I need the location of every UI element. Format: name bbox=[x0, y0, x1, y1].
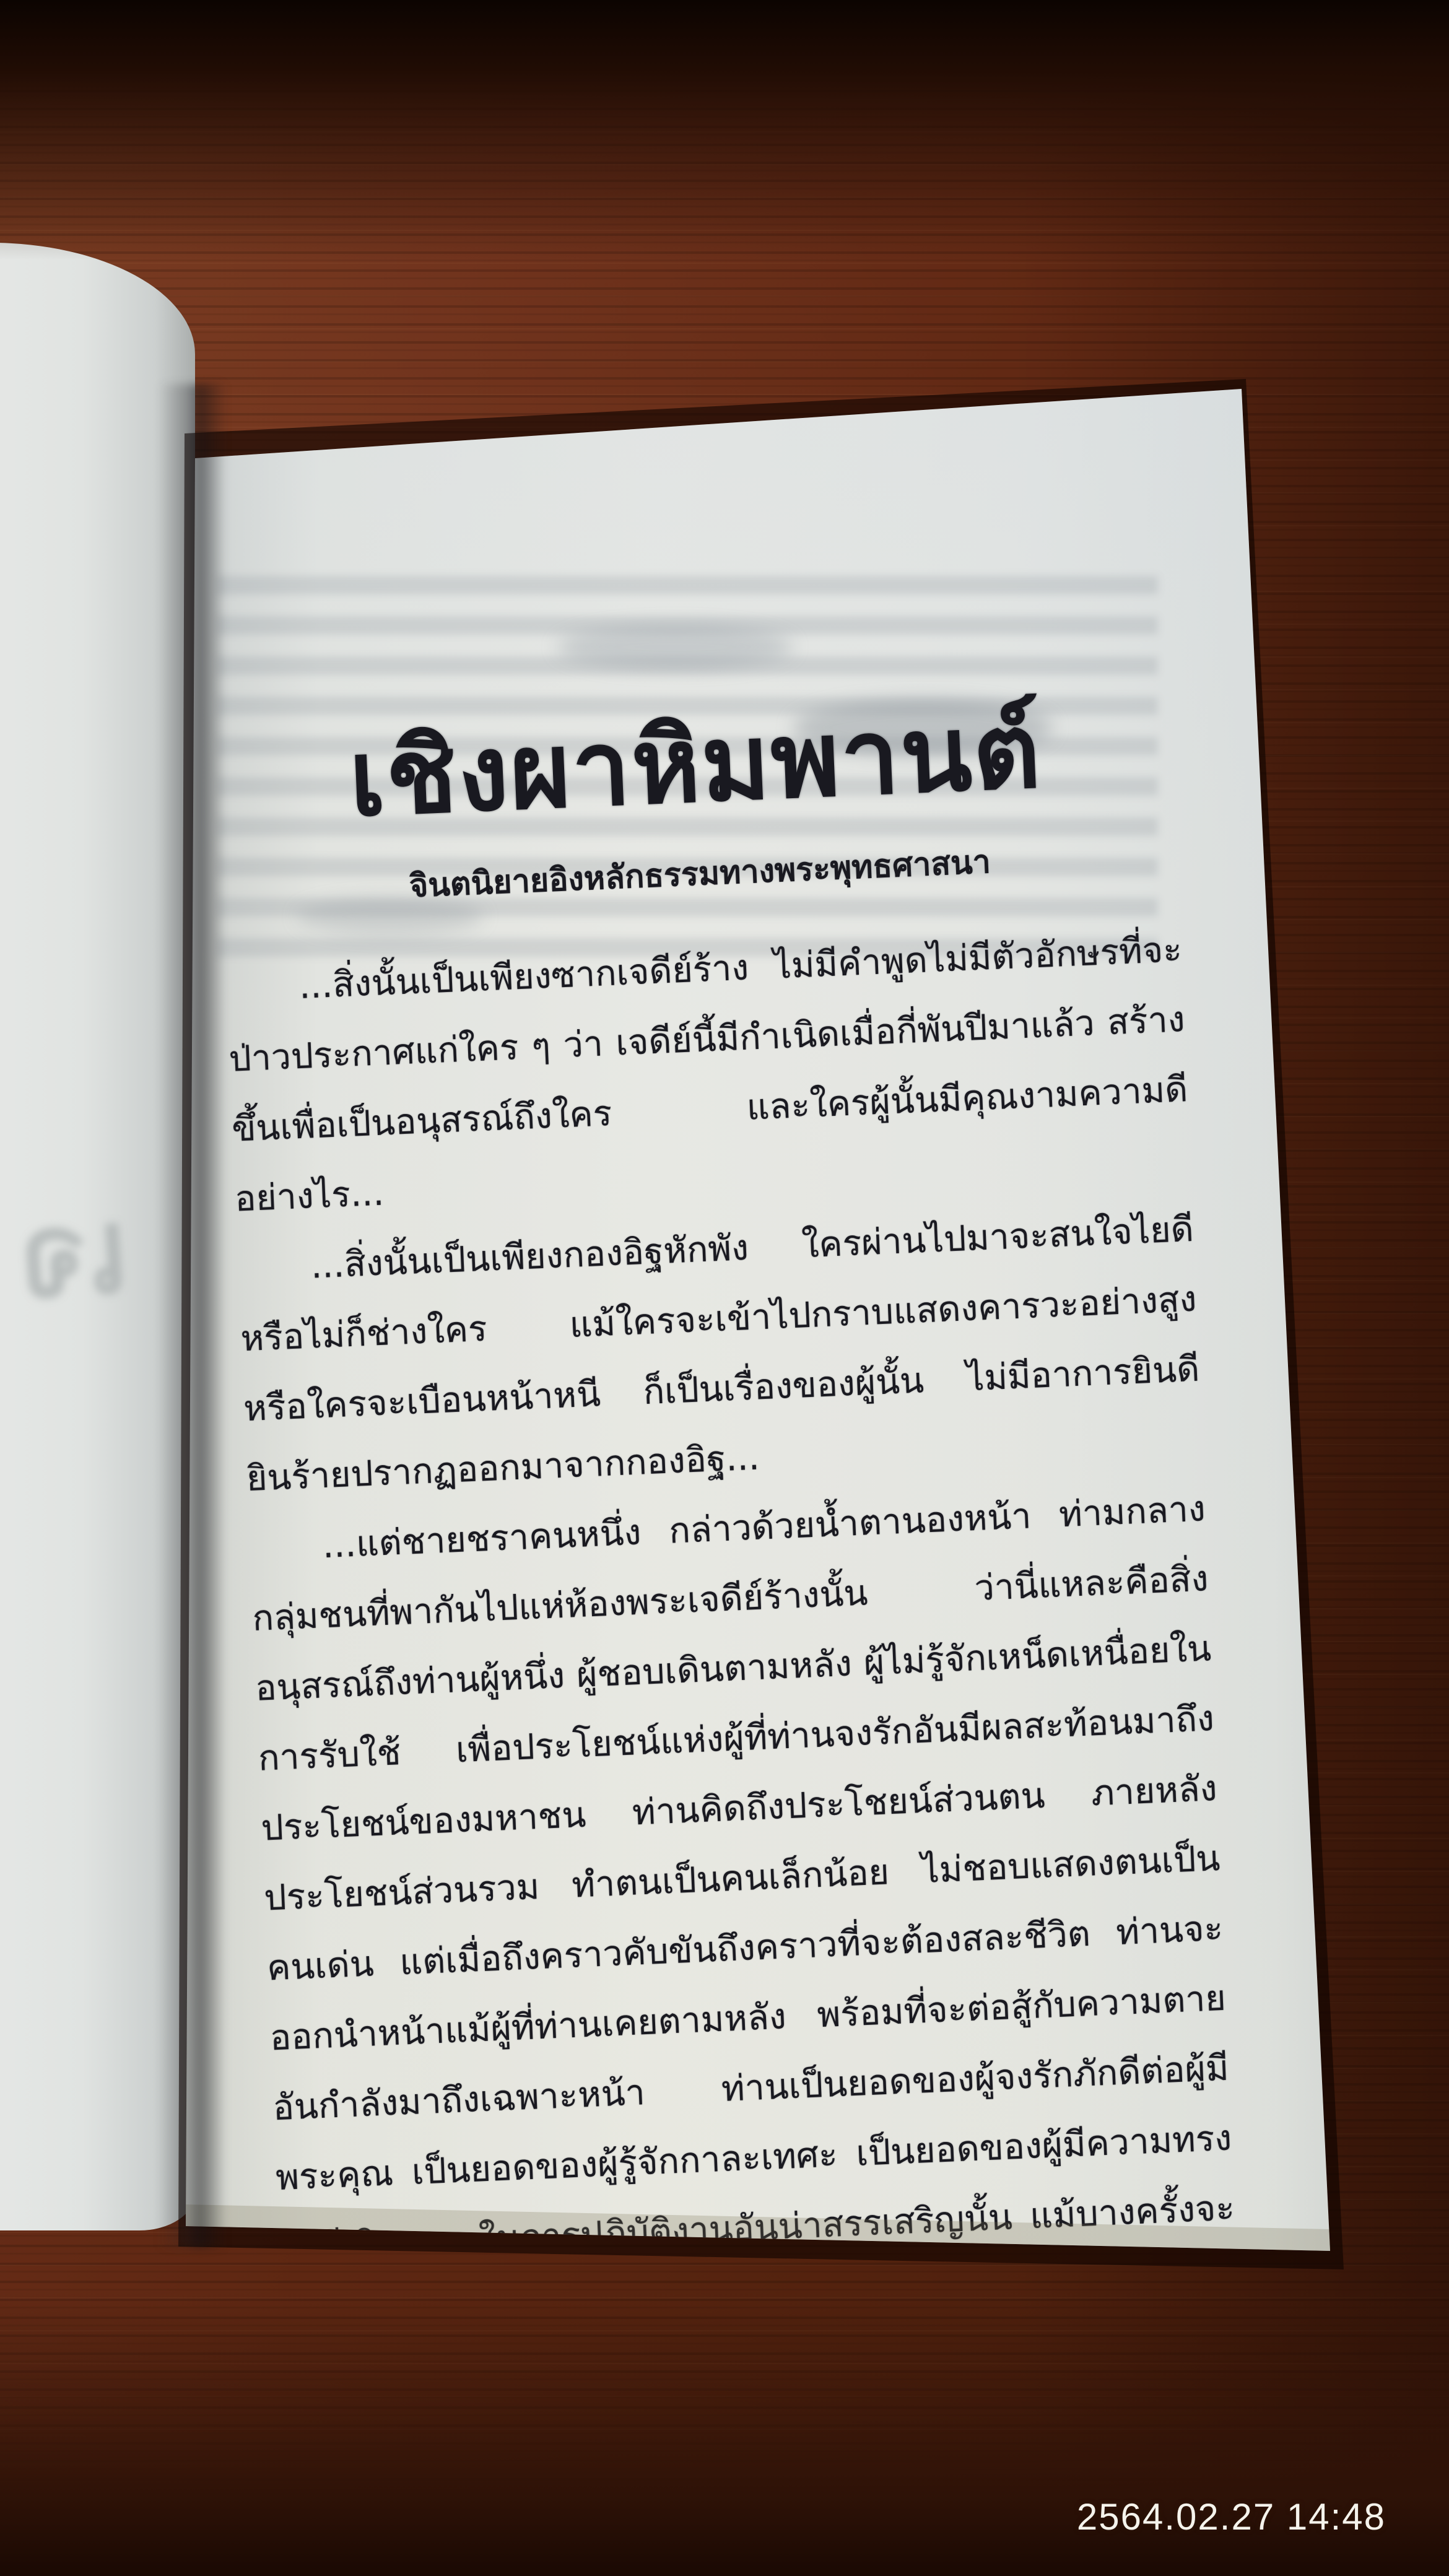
book-gutter-shadow bbox=[158, 384, 226, 2248]
paragraph-2: ...สิ่งนั้นเป็นเพียงกองอิฐหักพัง ใครผ่าน… bbox=[237, 1194, 1204, 1514]
showthrough-glyph: เจ bbox=[12, 1155, 134, 1350]
paragraph-1: ...สิ่งนั้นเป็นเพียงซากเจดีย์ร้าง ไม่มีค… bbox=[225, 915, 1193, 1235]
printed-content: เชิงผาหิมพานต์ จินตนิยายอิงหลักธรรมทางพร… bbox=[214, 664, 1242, 2424]
book-photo: เจ เชิงผาหิมพานต์ จินตนิยายอิงหลักธรรมทา… bbox=[0, 0, 1449, 2576]
showthrough-smudge bbox=[557, 625, 793, 669]
body-text: ...สิ่งนั้นเป็นเพียงซากเจดีย์ร้าง ไม่มีค… bbox=[225, 915, 1242, 2424]
camera-timestamp: 2564.02.27 14:48 bbox=[1077, 2495, 1386, 2538]
shadow-top bbox=[0, 0, 1449, 260]
